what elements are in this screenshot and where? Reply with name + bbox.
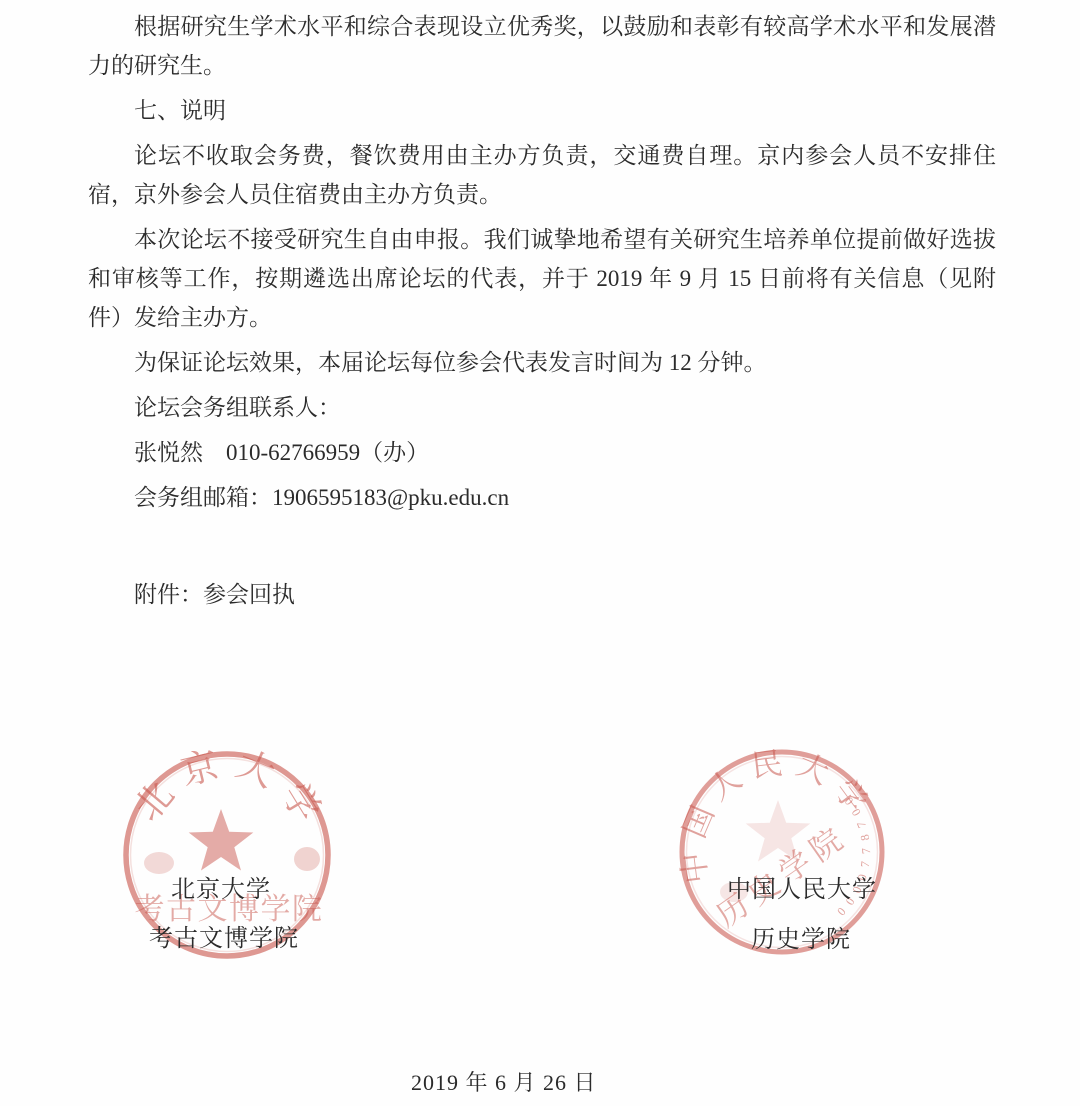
seal-smudge xyxy=(294,847,320,871)
seal-arc-text: 北京大学 xyxy=(127,747,333,840)
paragraph-award: 根据研究生学术水平和综合表现设立优秀奖，以鼓励和表彰有较高学术水平和发展潜力的研… xyxy=(88,7,996,85)
document-body: 根据研究生学术水平和综合表现设立优秀奖，以鼓励和表彰有较高学术水平和发展潜力的研… xyxy=(88,7,996,620)
star-icon xyxy=(189,809,254,871)
contact-heading: 论坛会务组联系人： xyxy=(88,388,996,427)
scanned-document-page: 根据研究生学术水平和综合表现设立优秀奖，以鼓励和表彰有较高学术水平和发展潜力的研… xyxy=(0,0,1080,1106)
section-heading-notes: 七、说明 xyxy=(88,91,996,130)
pku-name-label: 北京大学 xyxy=(171,876,271,904)
date-line: 2019 年 6 月 26 日 xyxy=(411,1066,597,1097)
paragraph-fees: 论坛不收取会务费，餐饮费用由主办方负责，交通费自理。京内参会人员不安排住宿，京外… xyxy=(88,136,996,214)
contact-phone-line: 张悦然 010-62766959（办） xyxy=(88,433,996,472)
paragraph-application: 本次论坛不接受研究生自由申报。我们诚挚地希望有关研究生培养单位提前做好选拔和审核… xyxy=(88,220,996,337)
seal-smudge xyxy=(144,852,174,874)
paragraph-speech-time: 为保证论坛效果，本届论坛每位参会代表发言时间为 12 分钟。 xyxy=(88,343,996,382)
attachment-line: 附件：参会回执 xyxy=(88,575,996,614)
ruc-school-label: 历史学院 xyxy=(751,926,851,954)
ruc-name-label: 中国人民大学 xyxy=(727,876,877,904)
contact-email-line: 会务组邮箱：1906595183@pku.edu.cn xyxy=(88,478,996,517)
pku-school-label: 考古文博学院 xyxy=(149,925,299,953)
